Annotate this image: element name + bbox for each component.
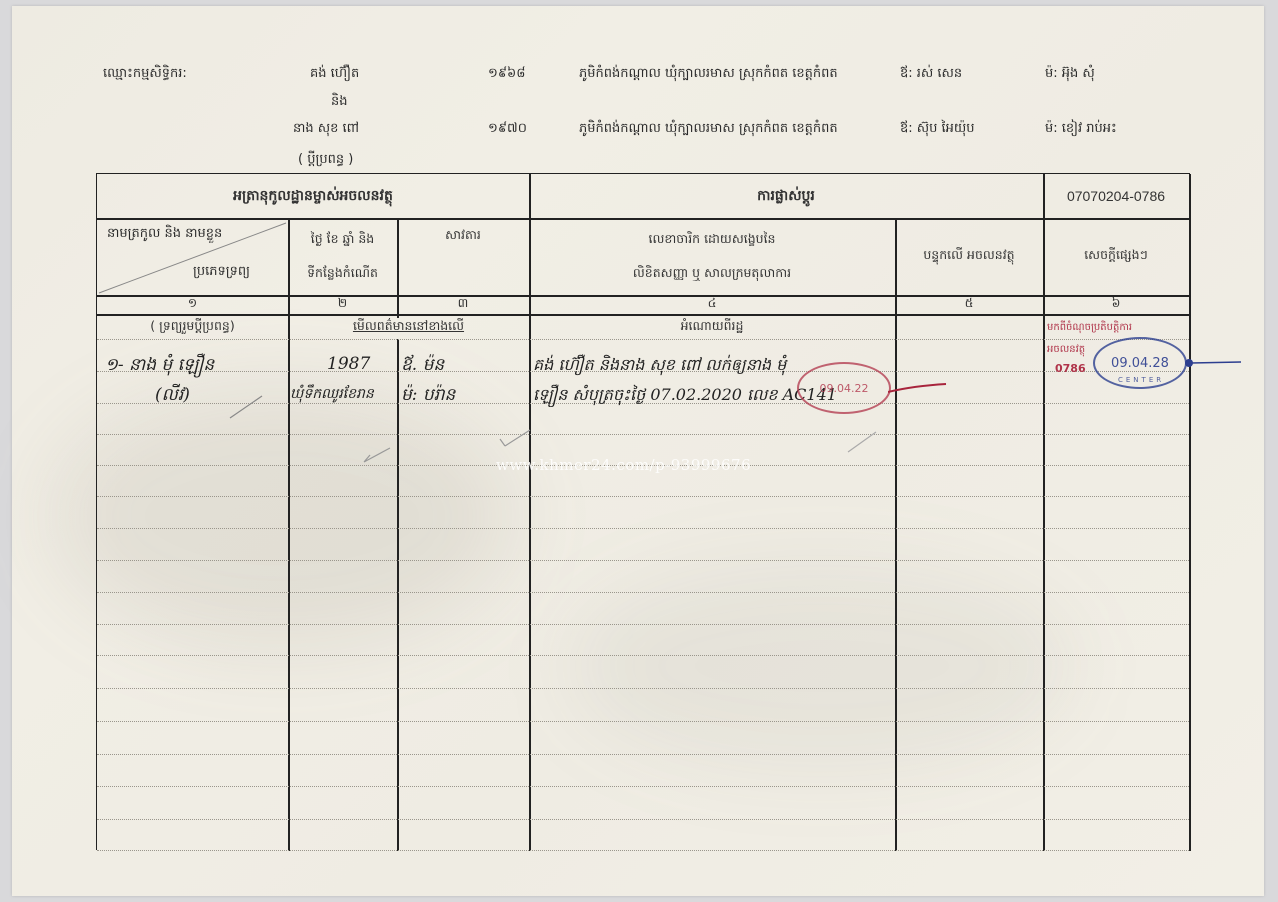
subheader-see-above: មើលពត៌មាននៅខាងលើ bbox=[288, 316, 529, 338]
entry-father: ឪ. ម៉ន bbox=[401, 354, 444, 379]
owner-1-name: គង់ ហ៊ឿត bbox=[310, 65, 359, 84]
header-col2-line2: ទីកន្លែងកំណើត bbox=[288, 256, 397, 292]
entry-birth-year: 1987 bbox=[327, 354, 370, 374]
owner-1-address: ភូមិកំពង់កណ្ដាល ឃុំក្បាលរមាស ស្រុកកំពត ខ… bbox=[579, 65, 838, 84]
registry-table: អត្រានុកូលដ្ឋានម្ចាស់អចលនវត្ថុ ការផ្លាស់… bbox=[96, 173, 1190, 850]
table-right-border bbox=[1189, 174, 1191, 851]
section-title-changes: ការផ្លាស់ប្ដូរ bbox=[529, 174, 1043, 218]
owner-1-birth-year: ១៩៦៨ bbox=[488, 65, 525, 84]
column-number-1: ១ bbox=[97, 295, 288, 314]
signature-stroke-blue bbox=[1185, 356, 1245, 370]
owner-1-father: ឪ: រស់ សេន bbox=[900, 65, 962, 84]
entry-birth-place: ឃុំទឹកឈូរខែរាន bbox=[290, 384, 374, 405]
column-number-2: ២ bbox=[288, 295, 397, 314]
header-col5: បន្ទុកលើ អចលនវត្ថុ bbox=[895, 218, 1043, 295]
entry-transaction-line1: គង់ ហ៊ឿត និងនាង សុខ ពៅ លក់ឲ្យនាង ម៉ំ bbox=[533, 354, 786, 378]
column-number-3: ៣ bbox=[397, 295, 529, 314]
column-number-5: ៥ bbox=[895, 295, 1043, 314]
owner-2-father: ឪ: ស៊ុប អៃយ៉ុប bbox=[900, 120, 975, 139]
subheader-state-donation: អំណោយពីរដ្ឋ bbox=[529, 316, 895, 338]
stamp-ring-text: CENTER bbox=[1118, 376, 1164, 384]
reference-number: 07070204-0786 bbox=[1043, 174, 1189, 218]
column-divider bbox=[397, 339, 399, 851]
transaction-stamp: 09.04.22 bbox=[797, 362, 891, 414]
header-col4-line1: លេខាចារិក ដោយសង្ខេបនៃ bbox=[529, 222, 895, 258]
header-col1-name: នាមត្រកូល និង នាមខ្លួន bbox=[107, 225, 222, 244]
entry-transaction-line2: ឡឿន សំបុត្រចុះថ្ងៃ 07.02.2020 លេខ AC141 bbox=[533, 384, 837, 408]
column-number-6: ៦ bbox=[1043, 295, 1189, 314]
transaction-stamp-date: 09.04.22 bbox=[820, 382, 869, 395]
watermark: www.khmer24.com/p-93999676 bbox=[496, 456, 751, 474]
column-number-4: ៤ bbox=[529, 295, 895, 314]
entry-marital-status: (លីវ) bbox=[155, 384, 190, 409]
remarks-stamp-date: 09.04.28 bbox=[1111, 356, 1169, 371]
subheader-joint-property: ( ទ្រព្យរួមប្ដីប្រពន្ធ) bbox=[97, 316, 288, 338]
owner-2-mother: ម៉: ខៀវ រាប់អះ bbox=[1045, 120, 1117, 139]
header-col3: សាវតារ bbox=[397, 222, 529, 250]
entry-mother: ម៉: បរ៉ាន bbox=[401, 384, 455, 409]
remarks-stamp-text-1: មកពីចំណុចប្រតិបត្តិការ bbox=[1047, 320, 1132, 335]
owner-relationship: ( ប្ដីប្រពន្ធ ) bbox=[298, 151, 353, 170]
signature-stroke-red bbox=[888, 380, 948, 400]
remarks-stamp-text-2: អចលនវត្ថុ bbox=[1047, 342, 1085, 357]
owner-2-birth-year: ១៩៧០ bbox=[488, 120, 527, 139]
header-col2-line1: ថ្ងៃ ខែ ឆ្នាំ និង bbox=[288, 222, 397, 258]
owner-1-mother: ម៉: អ៊ុង សុំ bbox=[1045, 65, 1095, 84]
header-col6: សេចក្ដីផ្សេងៗ bbox=[1043, 218, 1189, 295]
header-col1-asset-type: ប្រភេទទ្រព្យ bbox=[193, 263, 250, 282]
owner-label: ឈ្មោះកម្មសិទ្ធិករ: bbox=[103, 65, 187, 84]
remarks-stamp-number: 0786 bbox=[1055, 362, 1086, 375]
owner-2-name: នាង សុខ ពៅ bbox=[293, 120, 359, 139]
owner-info-section: ឈ្មោះកម្មសិទ្ធិករ: គង់ ហ៊ឿត ១៩៦៨ ភូមិកំព… bbox=[0, 0, 1278, 175]
owner-2-address: ភូមិកំពង់កណ្ដាល ឃុំក្បាលរមាស ស្រុកកំពត ខ… bbox=[579, 120, 838, 139]
entry-name: ១- នាង ម៉ំ ឡឿន bbox=[105, 354, 214, 379]
header-col4-line2: លិខិតសញ្ញា ឬ សាលក្រមតុលាការ bbox=[529, 256, 895, 292]
section-title-owner-registry: អត្រានុកូលដ្ឋានម្ចាស់អចលនវត្ថុ bbox=[97, 174, 529, 218]
owner-conjunction: និង bbox=[331, 93, 348, 112]
